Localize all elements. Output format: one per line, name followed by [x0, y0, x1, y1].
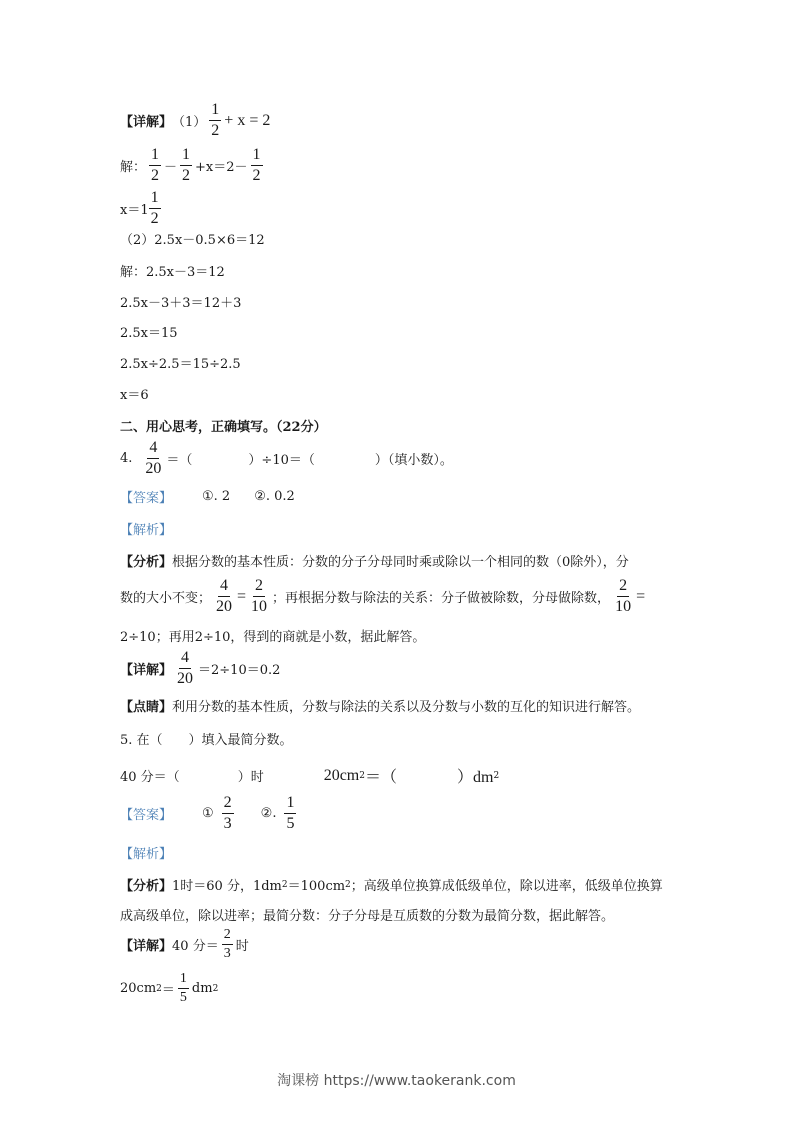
dianjing-label: 【点睛】	[120, 696, 172, 715]
solve-result1: x＝1 12	[120, 190, 164, 227]
q5-fenxi-line1: 【分析】 1时＝60 分，1dm2 ＝100cm2 ；高级单位换算成低级单位，除…	[120, 875, 663, 894]
solve-label: 解：	[120, 156, 146, 175]
sub2-step: 解：2.5x－3＝12	[120, 261, 225, 280]
q5-answer: 【答案】 ① 23 ②. 15	[120, 795, 299, 832]
q4-fenxi-line2: 数的大小不变； 420 = 210 ；再根据分数与除法的关系：分子做被除数，分母…	[120, 578, 645, 615]
fenxi-text: ＝100cm	[288, 875, 345, 894]
detail-text: 20cm	[120, 981, 156, 996]
detail-text: ＝2÷10＝0.2	[198, 659, 280, 678]
stem-text: ＝（	[166, 449, 192, 468]
question-stem: 5. 在（ ）填入最简分数。	[120, 729, 293, 748]
equation-text: （2）2.5x－0.5×6＝12	[120, 229, 265, 248]
section-title-text: 二、用心思考，正确填写。（22分）	[120, 416, 327, 435]
fenxi-text: ；高级单位换算成低级单位，除以进率，低级单位换算	[351, 875, 663, 894]
sub2-equation: （2）2.5x－0.5×6＝12	[120, 229, 265, 248]
q5-detail-2: 20cm2 ＝ 15 dm2	[120, 972, 218, 1005]
answer-value: ①. 2	[202, 489, 230, 504]
detail-eq1: 【详解】 （1） 12 + x = 2	[120, 102, 270, 139]
fraction: 15	[178, 972, 189, 1005]
equation-text: +x＝2－	[195, 156, 248, 175]
sub2-step: 2.5x÷2.5＝15÷2.5	[120, 353, 241, 372]
result-text: x＝1	[120, 199, 149, 218]
fraction: 210	[249, 578, 269, 615]
q4-fenxi-line3: 2÷10；再用2÷10，得到的商就是小数，据此解答。	[120, 626, 425, 645]
question-4: 4. 420 ＝（ ）÷10＝（ ）（填小数）。	[120, 440, 453, 477]
fraction: 15	[284, 795, 296, 832]
step-text: 2.5x－3＋3＝12＋3	[120, 292, 241, 311]
fraction: 420	[175, 650, 195, 687]
answer-index: ②.	[261, 806, 277, 821]
unit-text: 20cm	[324, 767, 360, 785]
sub2-step: 2.5x－3＋3＝12＋3	[120, 292, 241, 311]
unit-text: ）dm	[457, 764, 493, 787]
detail-text: ＝	[162, 979, 175, 998]
step-text: 2.5x＝15	[120, 322, 178, 341]
sub2-step: x＝6	[120, 384, 149, 403]
q4-detail: 【详解】 420 ＝2÷10＝0.2	[120, 650, 280, 687]
question-number: 4.	[120, 451, 132, 466]
stem-text: ）÷10＝（	[248, 449, 314, 468]
fenxi-label: 【分析】	[120, 875, 172, 894]
analysis-label: 【解析】	[120, 519, 172, 538]
fenxi-label: 【分析】	[120, 551, 172, 570]
step-text: x＝6	[120, 384, 149, 403]
stem-text: ）时	[238, 766, 264, 785]
fenxi-text: 成高级单位，除以进率；最简分数：分子分母是互质数的分数为最简分数，据此解答。	[120, 905, 614, 924]
fraction: 210	[613, 578, 633, 615]
stem-text: 40 分＝（	[120, 766, 180, 785]
dianjing-text: 利用分数的基本性质，分数与除法的关系以及分数与小数的互化的知识进行解答。	[172, 696, 640, 715]
solve-step1: 解： 12 － 12 +x＝2－ 12	[120, 147, 266, 184]
fenxi-text: 2÷10；再用2÷10，得到的商就是小数，据此解答。	[120, 626, 425, 645]
detail-label: 【详解】	[120, 935, 172, 954]
fraction: 12	[209, 102, 221, 139]
question-5: 5. 在（ ）填入最简分数。	[120, 729, 293, 748]
fraction: 23	[222, 795, 234, 832]
section-title: 二、用心思考，正确填写。（22分）	[120, 416, 327, 435]
fenxi-text: 1时＝60 分，1dm	[172, 875, 282, 894]
q5-fenxi-line2: 成高级单位，除以进率；最简分数：分子分母是互质数的分数为最简分数，据此解答。	[120, 905, 614, 924]
stem-text: ）（填小数）。	[375, 449, 453, 468]
stem-text: ＝（	[365, 764, 397, 787]
q5-blanks: 40 分＝（ ）时 20cm2 ＝（ ）dm2	[120, 764, 499, 787]
detail-label: 【详解】	[120, 111, 172, 130]
fraction: 420	[214, 578, 234, 615]
detail-text: 40 分＝	[172, 935, 219, 954]
q5-analysis-label: 【解析】	[120, 843, 172, 862]
fraction: 12	[149, 190, 161, 227]
detail-label: 【详解】	[120, 659, 172, 678]
footer-watermark: 淘课榜 https://www.taokerank.com	[0, 1070, 793, 1090]
analysis-label: 【解析】	[120, 843, 172, 862]
step-text: 2.5x÷2.5＝15÷2.5	[120, 353, 241, 372]
sub-number: （1）	[172, 111, 206, 130]
fraction: 12	[180, 147, 192, 184]
answer-index: ①	[202, 806, 214, 821]
q4-fenxi-line1: 【分析】 根据分数的基本性质：分数的分子分母同时乘或除以一个相同的数（0除外），…	[120, 551, 629, 570]
detail-text: 时	[236, 935, 249, 954]
fenxi-text: ；再根据分数与除法的关系：分子做被除数，分母做除数，	[272, 587, 610, 606]
q4-analysis-label: 【解析】	[120, 519, 172, 538]
answer-label: 【答案】	[120, 804, 172, 823]
q4-dianjing: 【点睛】 利用分数的基本性质，分数与除法的关系以及分数与小数的互化的知识进行解答…	[120, 696, 640, 715]
q5-detail-1: 【详解】 40 分＝ 23 时	[120, 928, 249, 961]
answer-label: 【答案】	[120, 487, 172, 506]
step-text: 解：2.5x－3＝12	[120, 261, 225, 280]
answer-value: ②. 0.2	[254, 489, 295, 504]
fenxi-text: 根据分数的基本性质：分数的分子分母同时乘或除以一个相同的数（0除外），分	[172, 551, 629, 570]
fenxi-text: 数的大小不变；	[120, 587, 211, 606]
fraction: 420	[143, 440, 163, 477]
q4-answer: 【答案】 ①. 2 ②. 0.2	[120, 487, 295, 506]
equation-text: + x = 2	[224, 112, 270, 130]
sub2-step: 2.5x＝15	[120, 322, 178, 341]
detail-text: dm	[192, 981, 213, 996]
fraction: 12	[251, 147, 263, 184]
fraction: 12	[149, 147, 161, 184]
fraction: 23	[222, 928, 233, 961]
